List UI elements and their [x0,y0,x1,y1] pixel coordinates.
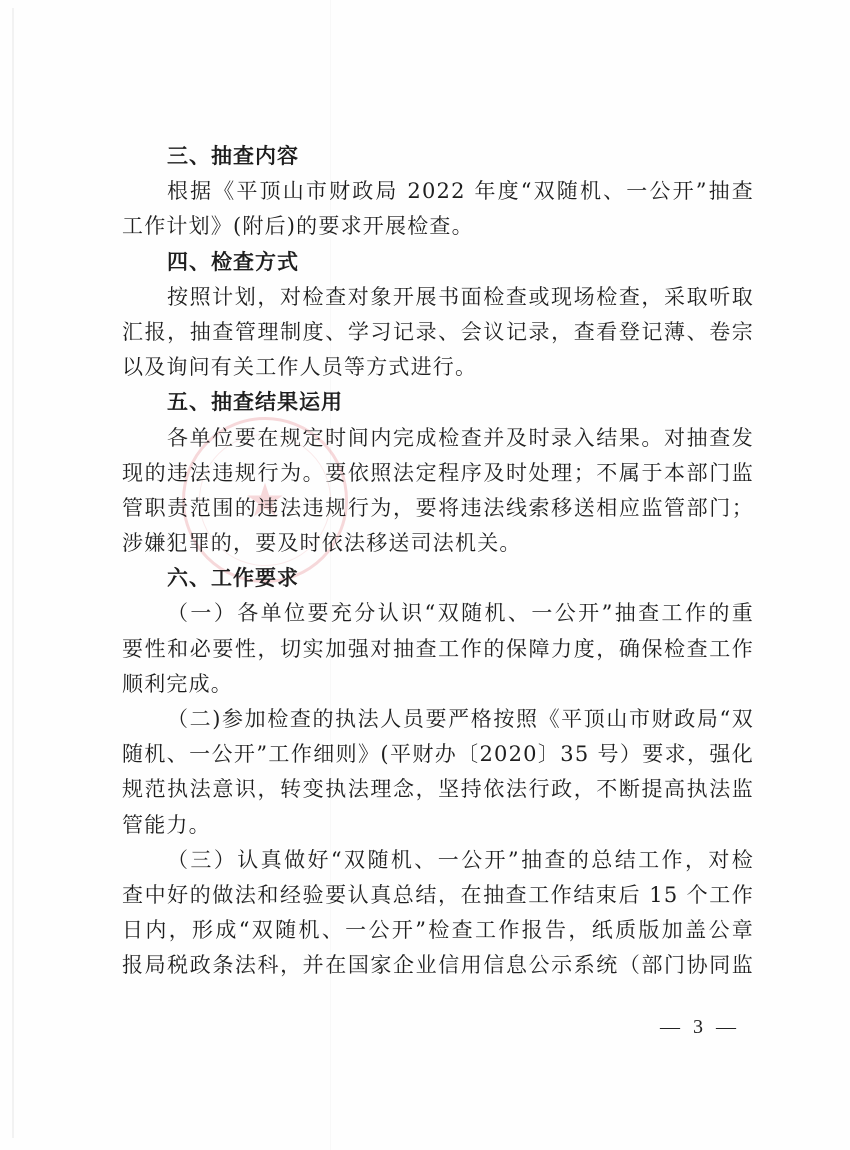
document-body: 三、抽查内容 根据《平顶山市财政局 2022 年度“双随机、一公开”抽查 工作计… [122,139,754,984]
paragraph-line: （一）各单位要充分认识“双随机、一公开”抽查工作的重 [122,596,754,631]
paragraph-line: 随机、一公开”工作细则》(平财办〔2020〕35 号）要求，强化 [122,737,754,772]
paragraph-line: 顺利完成。 [122,667,754,702]
document-page: ★ 三、抽查内容 根据《平顶山市财政局 2022 年度“双随机、一公开”抽查 工… [0,0,850,1150]
paragraph-line: 日内，形成“双随机、一公开”检查工作报告，纸质版加盖公章 [122,913,754,948]
paragraph-line: （二)参加检查的执法人员要严格按照《平顶山市财政局“双 [122,702,754,737]
paragraph-line: （三）认真做好“双随机、一公开”抽查的总结工作，对检 [122,843,754,878]
paragraph-line: 工作计划》(附后)的要求开展检查。 [122,209,754,244]
paragraph-line: 涉嫌犯罪的，要及时依法移送司法机关。 [122,526,754,561]
paragraph-line: 报局税政条法科，并在国家企业信用信息公示系统（部门协同监 [122,948,754,983]
paragraph-line: 按照计划，对检查对象开展书面检查或现场检查，采取听取 [122,280,754,315]
paragraph-line: 管能力。 [122,808,754,843]
paragraph-line: 根据《平顶山市财政局 2022 年度“双随机、一公开”抽查 [122,174,754,209]
paragraph-line: 汇报，抽查管理制度、学习记录、会议记录，查看登记薄、卷宗 [122,315,754,350]
paragraph-line: 以及询问有关工作人员等方式进行。 [122,350,754,385]
paragraph-line: 现的违法违规行为。要依照法定程序及时处理；不属于本部门监 [122,456,754,491]
paragraph-line: 管职责范围的违法违规行为，要将违法线索移送相应监管部门； [122,491,754,526]
section-heading: 三、抽查内容 [122,139,754,174]
section-heading: 五、抽查结果运用 [122,385,754,420]
section-heading: 四、检查方式 [122,245,754,280]
paragraph-line: 规范执法意识，转变执法理念，坚持依法行政，不断提高执法监 [122,772,754,807]
scan-edge [12,8,14,1138]
paragraph-line: 查中好的做法和经验要认真总结，在抽查工作结束后 15 个工作 [122,878,754,913]
paragraph-line: 各单位要在规定时间内完成检查并及时录入结果。对抽查发 [122,421,754,456]
section-heading: 六、工作要求 [122,561,754,596]
paragraph-line: 要性和必要性，切实加强对抽查工作的保障力度，确保检查工作 [122,632,754,667]
page-number: — 3 — [660,1016,740,1039]
